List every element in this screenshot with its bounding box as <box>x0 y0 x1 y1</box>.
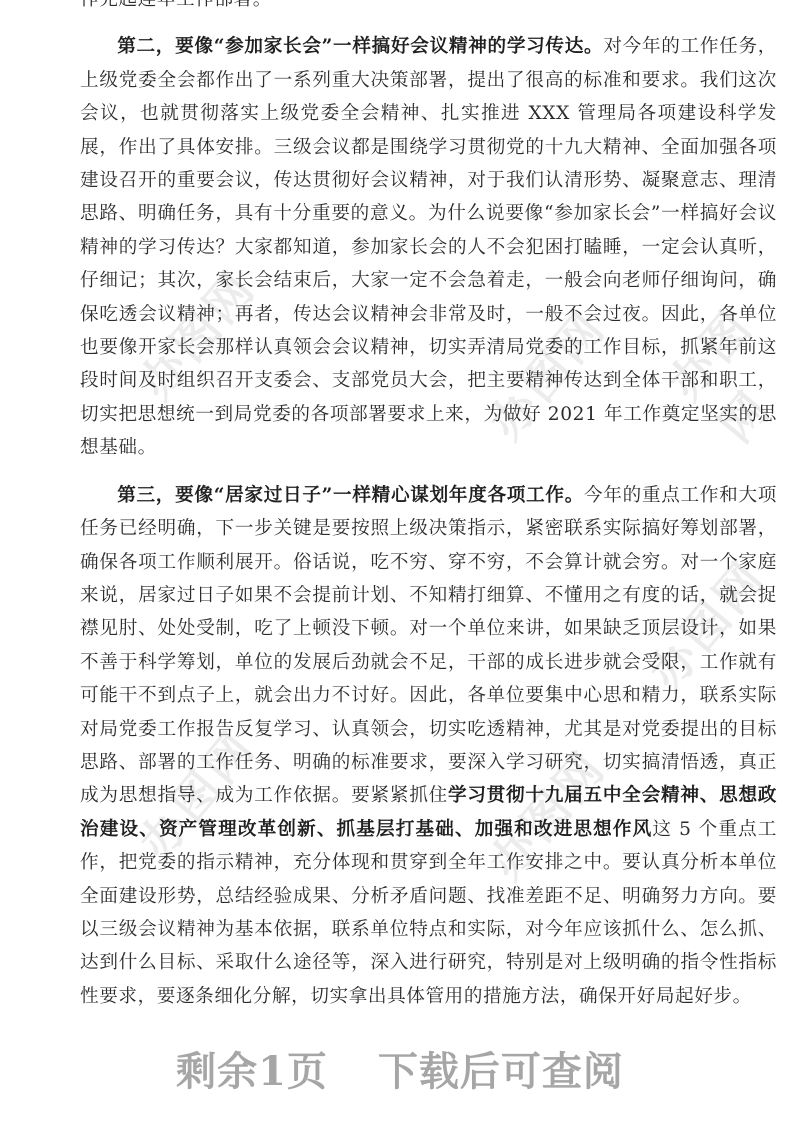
paragraph-cut-off: 作完起连年工作部署。 <box>80 0 777 16</box>
text-segment: 作完起连年工作部署。 <box>80 0 272 10</box>
paragraph-heading: 第三，要像“居家过日子”一样精心谋划年度各项工作。 <box>117 485 584 506</box>
paragraph-body: 对今年的工作任务，上级党委全会都作出了一系列重大决策部署，提出了很高的标准和要求… <box>80 36 777 458</box>
paragraph-body: 今年的重点工作和大项任务已经明确，下一步关键是要按照上级决策指示，紧密联系实际搞… <box>80 485 777 807</box>
paragraph-third-point: 第三，要像“居家过日子”一样精心谋划年度各项工作。今年的重点工作和大项任务已经明… <box>80 479 777 1014</box>
remaining-pages-label: 剩余1页 <box>176 1048 328 1095</box>
paragraph-body: 这 5 个重点工作，把党委的指示精神，充分体现和贯穿到全年工作安排之中。要认真分… <box>80 819 777 1007</box>
download-to-view-label[interactable]: 下载后可查阅 <box>378 1048 624 1095</box>
paragraph-heading: 第二，要像“参加家长会”一样搞好会议精神的学习传达。 <box>117 36 603 57</box>
document-body: 作完起连年工作部署。 第二，要像“参加家长会”一样搞好会议精神的学习传达。对今年… <box>80 0 777 1027</box>
download-prompt-banner[interactable]: 剩余1页下载后可查阅 <box>0 1040 800 1097</box>
document-page: 办图网 办图网 办图网 办图网 办图网 办图网 作完起连年工作部署。 第二，要像… <box>0 0 800 990</box>
paragraph-second-point: 第二，要像“参加家长会”一样搞好会议精神的学习传达。对今年的工作任务，上级党委全… <box>80 30 777 464</box>
